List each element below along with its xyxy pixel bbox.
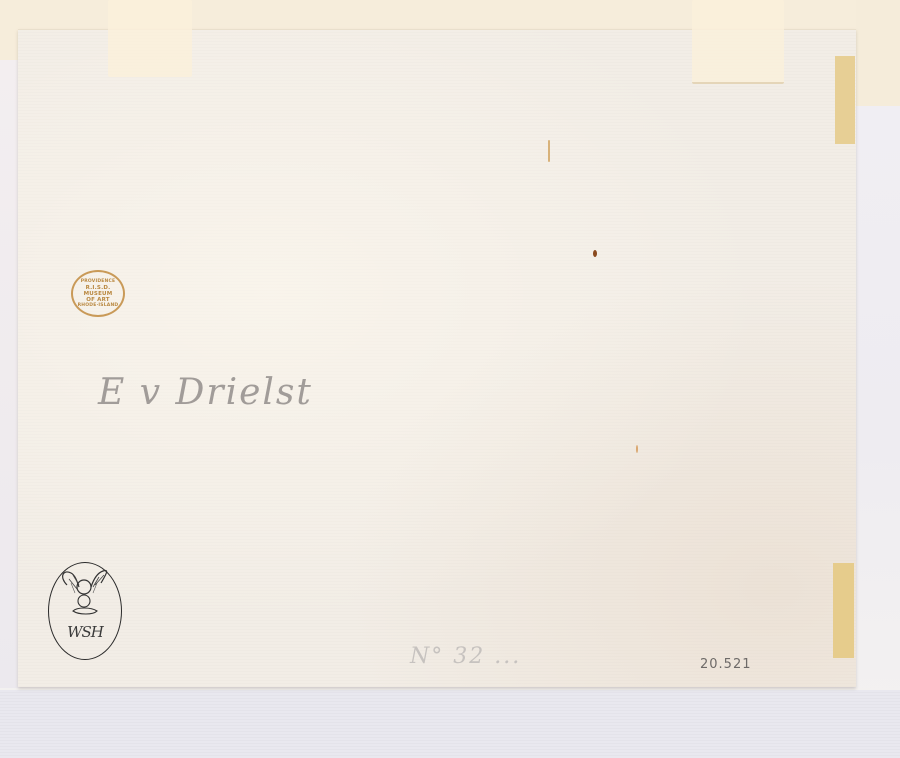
hinge-tape-top-left bbox=[108, 0, 192, 77]
museum-stamp: PROVIDENCE R.I.S.D. MUSEUM OF ART RHODE·… bbox=[71, 270, 125, 317]
paper-sheet-verso bbox=[18, 29, 856, 687]
foxing-spot bbox=[548, 140, 550, 162]
hinge-tape-top-right bbox=[692, 0, 784, 84]
artist-inscription: E v Drielst bbox=[98, 372, 313, 413]
hinge-strip-right-bottom bbox=[833, 563, 854, 658]
collector-mark: WSH bbox=[48, 562, 122, 660]
foxing-spot bbox=[593, 250, 597, 257]
backing-sheet-bottom bbox=[0, 690, 900, 758]
hinge-strip-right-top bbox=[835, 56, 855, 144]
accession-number: 20.521 bbox=[700, 657, 752, 672]
number-inscription: N° 32 ... bbox=[410, 644, 521, 669]
foxing-spot bbox=[636, 445, 638, 453]
backing-sheet-right bbox=[856, 106, 900, 758]
winged-cherub-icon bbox=[49, 563, 123, 661]
collector-monogram: WSH bbox=[49, 623, 121, 641]
mount-board-right bbox=[856, 0, 900, 107]
museum-stamp-arc-bottom: RHODE·ISLAND bbox=[78, 303, 119, 309]
